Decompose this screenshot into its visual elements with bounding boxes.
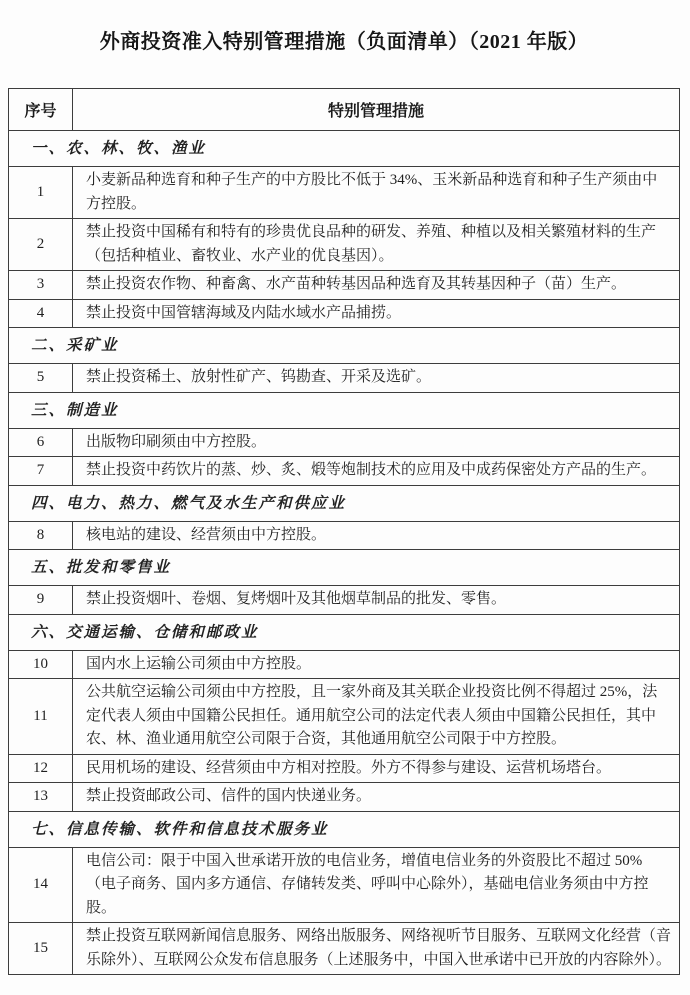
table-row: 9禁止投资烟叶、卷烟、复烤烟叶及其他烟草制品的批发、零售。 (9, 586, 680, 615)
table-row: 2禁止投资中国稀有和特有的珍贵优良品种的研发、养殖、种植以及相关繁殖材料的生产（… (9, 219, 680, 271)
row-serial-number: 8 (9, 521, 73, 550)
table-row: 13禁止投资邮政公司、信件的国内快递业务。 (9, 783, 680, 812)
table-row: 12民用机场的建设、经营须由中方相对控股。外方不得参与建设、运营机场塔台。 (9, 754, 680, 783)
document-page: 外商投资准入特别管理措施（负面清单）（2021 年版） 序号 特别管理措施 一、… (0, 0, 690, 995)
measure-text: 禁止投资稀土、放射性矿产、钨勘查、开采及选矿。 (73, 364, 680, 393)
measure-text: 禁止投资中药饮片的蒸、炒、炙、煅等炮制技术的应用及中成药保密处方产品的生产。 (73, 457, 680, 486)
measure-text: 禁止投资农作物、种畜禽、水产苗种转基因品种选育及其转基因种子（苗）生产。 (73, 271, 680, 300)
column-header-serial-number: 序号 (9, 89, 73, 131)
measure-text: 禁止投资互联网新闻信息服务、网络出版服务、网络视听节目服务、互联网文化经营（音乐… (73, 923, 680, 975)
row-serial-number: 5 (9, 364, 73, 393)
section-row: 三、制造业 (9, 392, 680, 428)
measure-text: 电信公司：限于中国入世承诺开放的电信业务，增值电信业务的外资股比不超过 50%（… (73, 847, 680, 923)
section-row: 二、采矿业 (9, 328, 680, 364)
table-row: 4禁止投资中国管辖海域及内陆水域水产品捕捞。 (9, 299, 680, 328)
table-row: 8核电站的建设、经营须由中方控股。 (9, 521, 680, 550)
table-header-row: 序号 特别管理措施 (9, 89, 680, 131)
table-row: 7禁止投资中药饮片的蒸、炒、炙、煅等炮制技术的应用及中成药保密处方产品的生产。 (9, 457, 680, 486)
measure-text: 出版物印刷须由中方控股。 (73, 428, 680, 457)
table-row: 6出版物印刷须由中方控股。 (9, 428, 680, 457)
row-serial-number: 10 (9, 650, 73, 679)
table-row: 5禁止投资稀土、放射性矿产、钨勘查、开采及选矿。 (9, 364, 680, 393)
row-serial-number: 9 (9, 586, 73, 615)
row-serial-number: 12 (9, 754, 73, 783)
table-row: 3禁止投资农作物、种畜禽、水产苗种转基因品种选育及其转基因种子（苗）生产。 (9, 271, 680, 300)
column-header-special-measures: 特别管理措施 (73, 89, 680, 131)
row-serial-number: 4 (9, 299, 73, 328)
table-row: 14电信公司：限于中国入世承诺开放的电信业务，增值电信业务的外资股比不超过 50… (9, 847, 680, 923)
section-label: 七、信息传输、软件和信息技术服务业 (9, 811, 680, 847)
measure-text: 禁止投资中国管辖海域及内陆水域水产品捕捞。 (73, 299, 680, 328)
section-label: 六、交通运输、仓储和邮政业 (9, 614, 680, 650)
section-row: 六、交通运输、仓储和邮政业 (9, 614, 680, 650)
table-row: 10国内水上运输公司须由中方控股。 (9, 650, 680, 679)
measures-table: 序号 特别管理措施 一、农、林、牧、渔业1小麦新品种选育和种子生产的中方股比不低… (8, 88, 680, 975)
measure-text: 国内水上运输公司须由中方控股。 (73, 650, 680, 679)
measures-table-body: 一、农、林、牧、渔业1小麦新品种选育和种子生产的中方股比不低于 34%、玉米新品… (9, 131, 680, 975)
row-serial-number: 2 (9, 219, 73, 271)
measure-text: 民用机场的建设、经营须由中方相对控股。外方不得参与建设、运营机场塔台。 (73, 754, 680, 783)
section-label: 五、批发和零售业 (9, 550, 680, 586)
table-row: 1小麦新品种选育和种子生产的中方股比不低于 34%、玉米新品种选育和种子生产须由… (9, 167, 680, 219)
row-serial-number: 6 (9, 428, 73, 457)
row-serial-number: 3 (9, 271, 73, 300)
measure-text: 核电站的建设、经营须由中方控股。 (73, 521, 680, 550)
measure-text: 禁止投资烟叶、卷烟、复烤烟叶及其他烟草制品的批发、零售。 (73, 586, 680, 615)
page-title: 外商投资准入特别管理措施（负面清单）（2021 年版） (8, 28, 680, 56)
section-row: 五、批发和零售业 (9, 550, 680, 586)
table-row: 15禁止投资互联网新闻信息服务、网络出版服务、网络视听节目服务、互联网文化经营（… (9, 923, 680, 975)
row-serial-number: 1 (9, 167, 73, 219)
section-label: 一、农、林、牧、渔业 (9, 131, 680, 167)
measure-text: 公共航空运输公司须由中方控股，且一家外商及其关联企业投资比例不得超过 25%，法… (73, 679, 680, 755)
row-serial-number: 13 (9, 783, 73, 812)
table-row: 11公共航空运输公司须由中方控股，且一家外商及其关联企业投资比例不得超过 25%… (9, 679, 680, 755)
measure-text: 小麦新品种选育和种子生产的中方股比不低于 34%、玉米新品种选育和种子生产须由中… (73, 167, 680, 219)
row-serial-number: 11 (9, 679, 73, 755)
section-row: 一、农、林、牧、渔业 (9, 131, 680, 167)
measure-text: 禁止投资中国稀有和特有的珍贵优良品种的研发、养殖、种植以及相关繁殖材料的生产（包… (73, 219, 680, 271)
section-label: 二、采矿业 (9, 328, 680, 364)
row-serial-number: 14 (9, 847, 73, 923)
row-serial-number: 15 (9, 923, 73, 975)
measure-text: 禁止投资邮政公司、信件的国内快递业务。 (73, 783, 680, 812)
section-row: 七、信息传输、软件和信息技术服务业 (9, 811, 680, 847)
row-serial-number: 7 (9, 457, 73, 486)
section-label: 四、电力、热力、燃气及水生产和供应业 (9, 485, 680, 521)
section-label: 三、制造业 (9, 392, 680, 428)
section-row: 四、电力、热力、燃气及水生产和供应业 (9, 485, 680, 521)
